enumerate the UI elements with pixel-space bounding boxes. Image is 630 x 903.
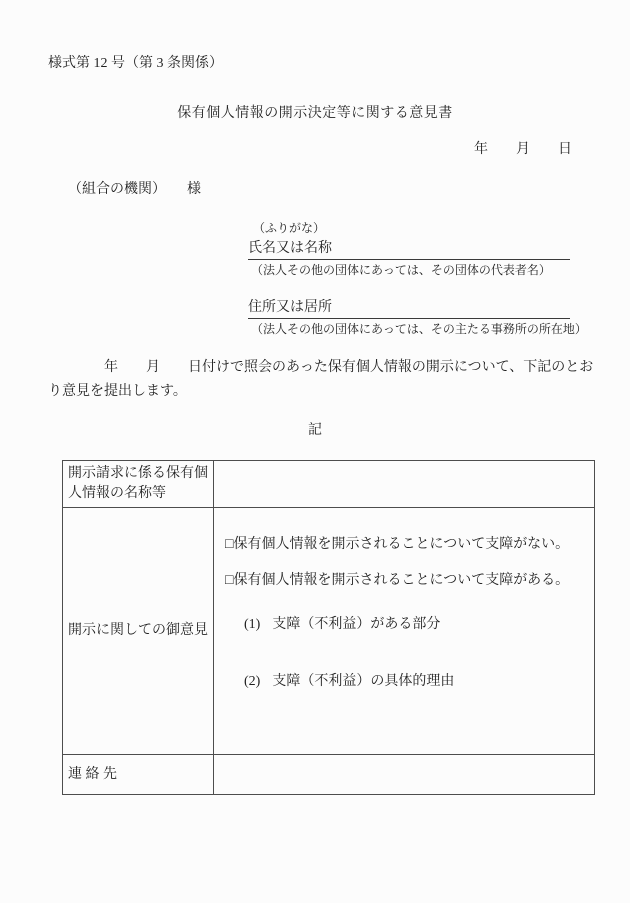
furigana-label: （ふりがな） xyxy=(253,221,325,235)
subitem-obstacle-reason: (2)支障（不利益）の具体的理由 xyxy=(225,674,585,689)
ki-heading: 記 xyxy=(0,423,630,440)
subitem-2-number: (2) xyxy=(244,674,260,689)
table-row-contact: 連 絡 先 xyxy=(63,755,595,795)
table-row-opinion: 開示に関しての御意見 □保有個人情報を開示されることについて支障がない。 □保有… xyxy=(63,508,595,755)
opinion-header-cell: 開示に関しての御意見 xyxy=(63,508,214,755)
addressee-line: （組合の機関） 様 xyxy=(68,182,201,199)
request-name-header-cell: 開示請求に係る保有個人情報の名称等 xyxy=(63,461,214,508)
option-obstacle-label: 保有個人情報を開示されることについて支障がある。 xyxy=(233,573,569,588)
address-note: （法人その他の団体にあっては、その主たる事務所の所在地） xyxy=(251,322,587,336)
request-name-value-cell xyxy=(214,461,595,508)
option-no-obstacle: □保有個人情報を開示されることについて支障がない。 xyxy=(225,537,585,552)
document-page: 様式第 12 号（第 3 条関係） 保有個人情報の開示決定等に関する意見書 年 … xyxy=(0,0,630,903)
subitem-1-number: (1) xyxy=(244,617,260,632)
contact-value-cell xyxy=(214,755,595,795)
option-no-obstacle-label: 保有個人情報を開示されることについて支障がない。 xyxy=(233,537,569,552)
date-line: 年 月 日 xyxy=(48,142,572,159)
address-label: 住所又は居所 xyxy=(248,300,332,315)
table-row-request-name: 開示請求に係る保有個人情報の名称等 xyxy=(63,461,595,508)
page-title: 保有個人情報の開示決定等に関する意見書 xyxy=(0,106,630,123)
subitem-1-label: 支障（不利益）がある部分 xyxy=(272,617,440,632)
name-label: 氏名又は名称 xyxy=(248,241,332,256)
contact-header-cell: 連 絡 先 xyxy=(63,755,214,795)
body-paragraph: 年 月 日付けで照会のあった保有個人情報の開示について、下記のとおり意見を提出し… xyxy=(48,356,600,404)
subitem-obstacle-part: (1)支障（不利益）がある部分 xyxy=(225,617,585,632)
option-obstacle: □保有個人情報を開示されることについて支障がある。 xyxy=(225,573,585,588)
address-field-underline: 住所又は居所 xyxy=(248,300,570,319)
form-number: 様式第 12 号（第 3 条関係） xyxy=(48,56,223,73)
opinion-table: 開示請求に係る保有個人情報の名称等 開示に関しての御意見 □保有個人情報を開示さ… xyxy=(62,460,595,795)
opinion-options: □保有個人情報を開示されることについて支障がない。 □保有個人情報を開示されるこ… xyxy=(219,511,589,689)
opinion-value-cell: □保有個人情報を開示されることについて支障がない。 □保有個人情報を開示されるこ… xyxy=(214,508,595,755)
name-note: （法人その他の団体にあっては、その団体の代表者名） xyxy=(251,263,551,277)
name-field-underline: 氏名又は名称 xyxy=(248,241,570,260)
subitem-2-label: 支障（不利益）の具体的理由 xyxy=(272,674,454,689)
